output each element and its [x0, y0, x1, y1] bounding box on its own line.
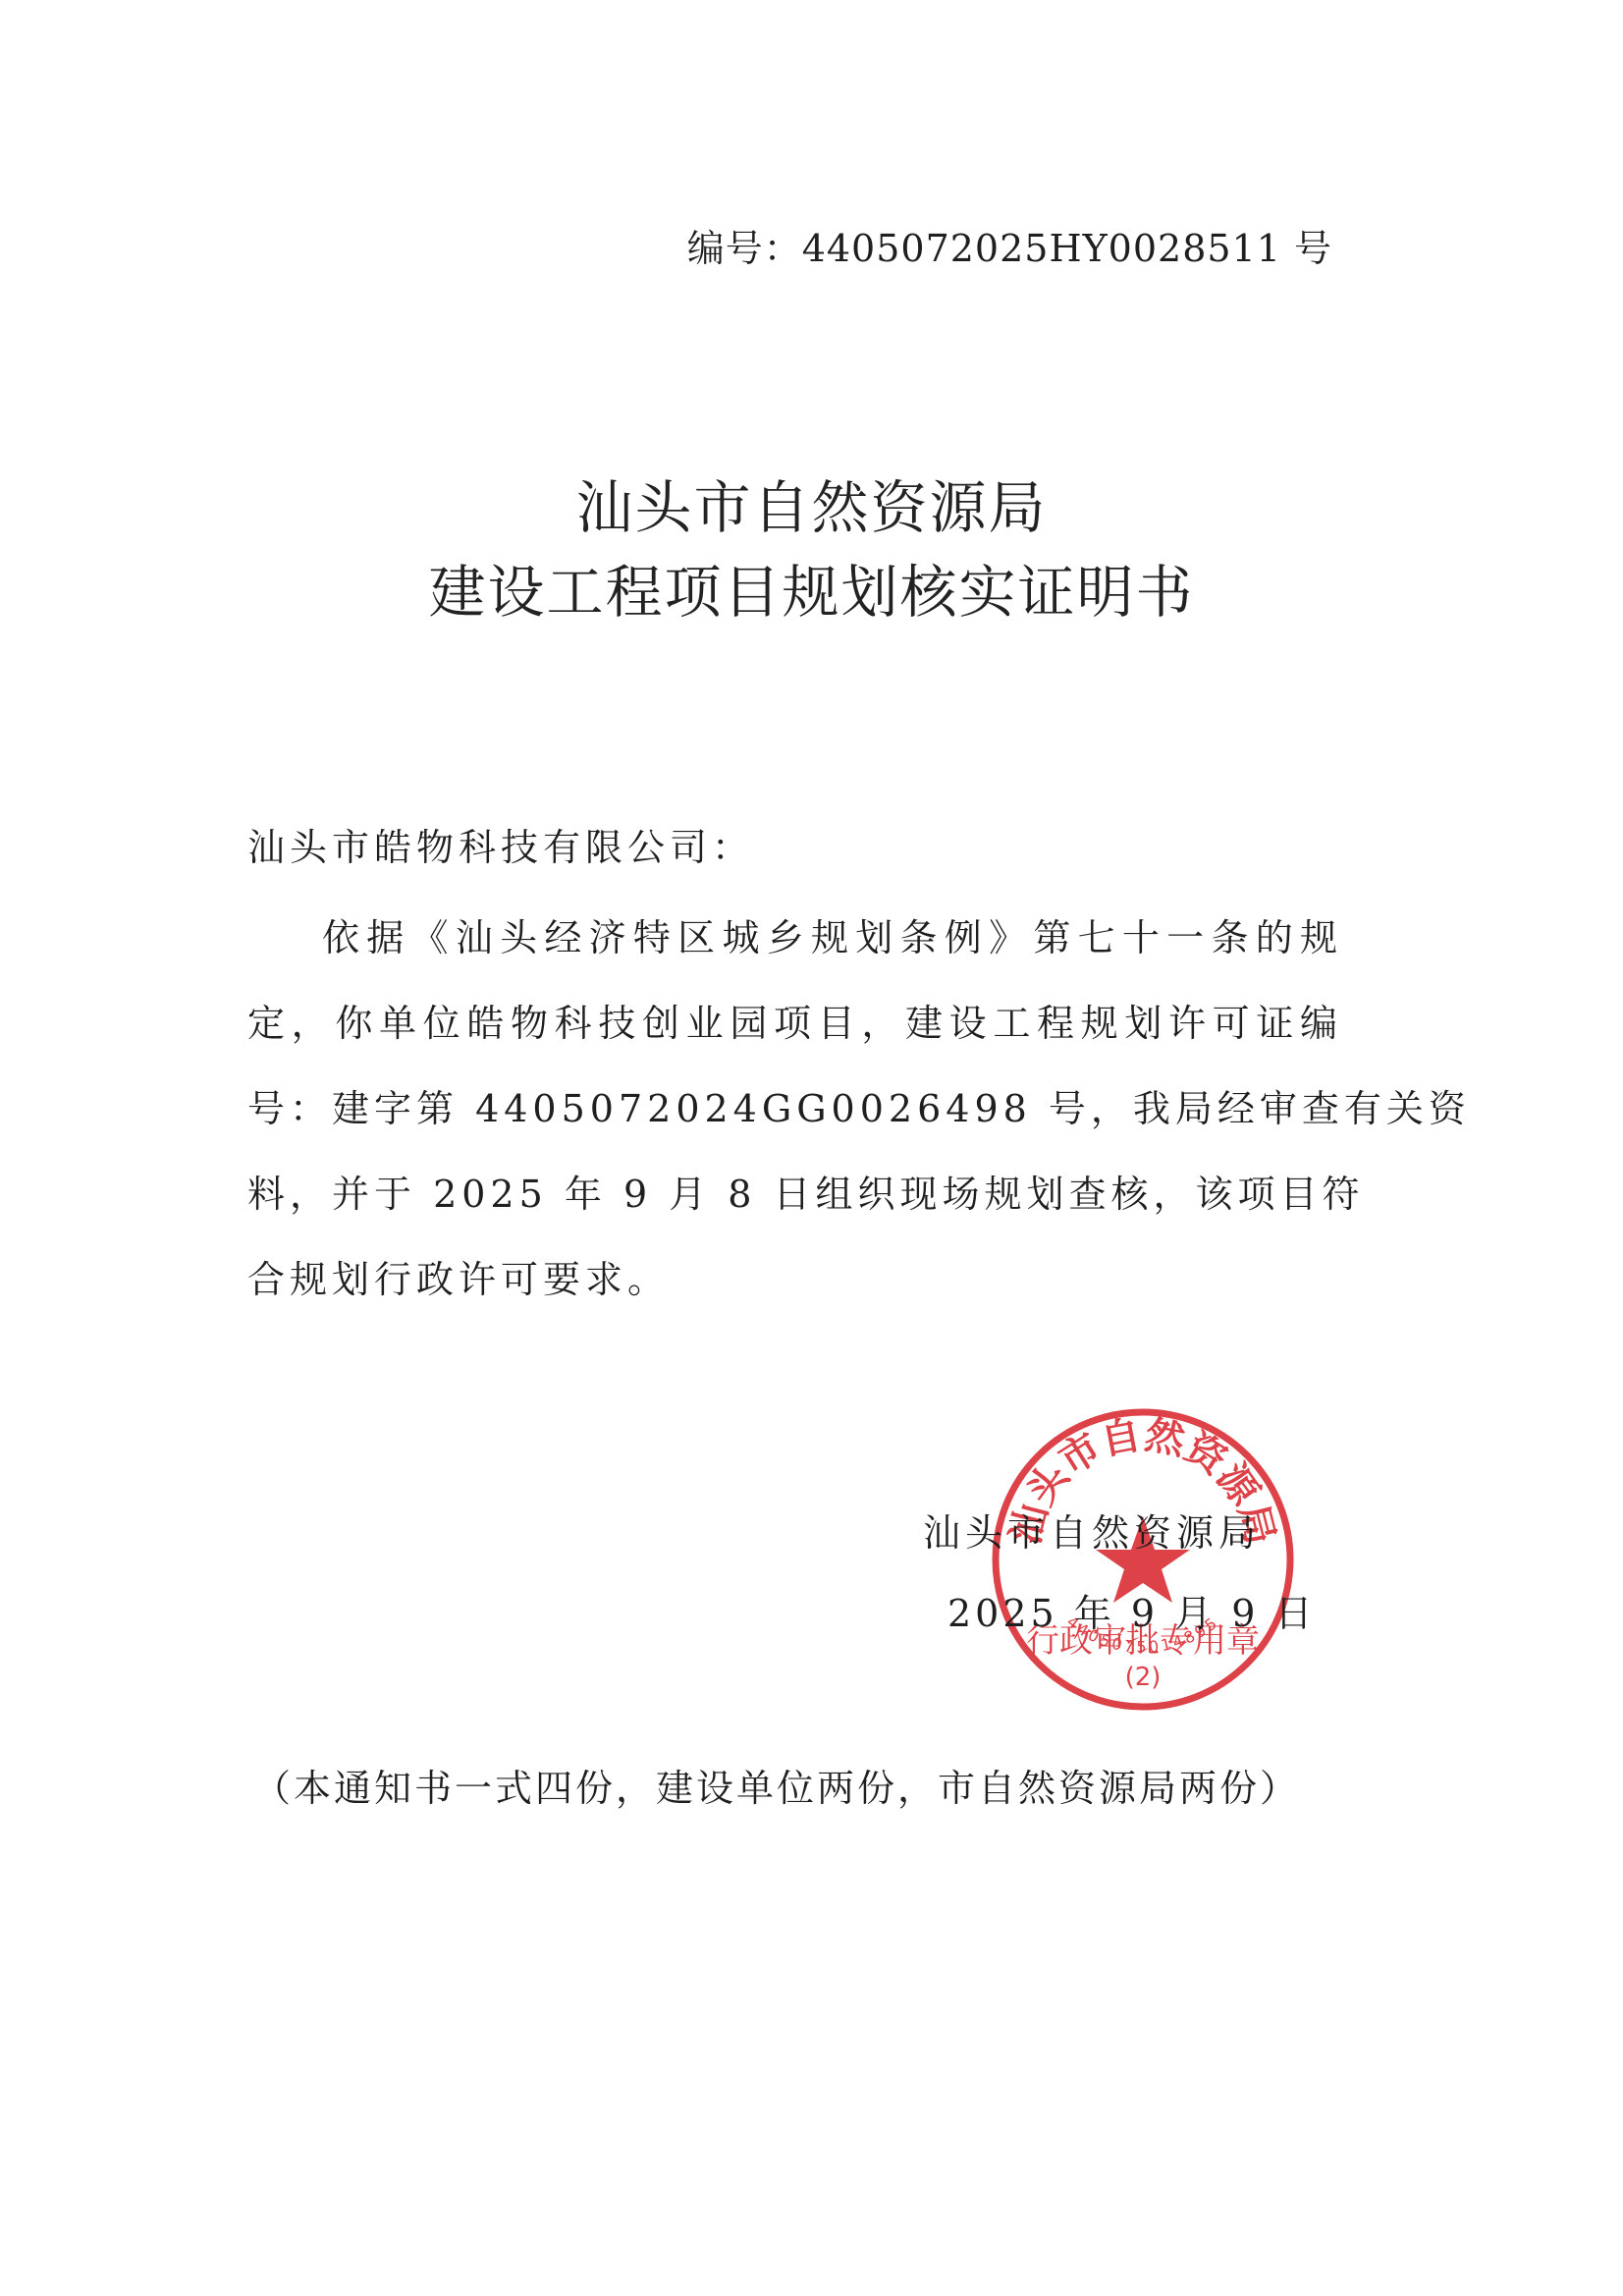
- body-line: 合规划行政许可要求。: [247, 1237, 1342, 1323]
- body-line: 依据《汕头经济特区城乡规划条例》第七十一条的规: [247, 896, 1342, 981]
- addressee: 汕头市皓物科技有限公司：: [247, 817, 754, 871]
- signature-organization: 汕头市自然资源局: [923, 1503, 1261, 1557]
- official-seal-icon: 汕头市自然资源局 行政审批专用章 (2) 4405075014895: [990, 1406, 1296, 1713]
- body-line: 料，并于 2025 年 9 月 8 日组织现场规划查核，该项目符: [247, 1152, 1342, 1237]
- signature-date: 2025 年 9 月 9 日: [947, 1583, 1316, 1637]
- body-line: 号：建字第 4405072024GG0026498 号，我局经审查有关资: [247, 1066, 1342, 1152]
- body-paragraph: 依据《汕头经济特区城乡规划条例》第七十一条的规 定，你单位皓物科技创业园项目，建…: [247, 896, 1342, 1323]
- seal-sub-text: (2): [1125, 1663, 1162, 1692]
- document-title: 建设工程项目规划核实证明书: [0, 546, 1623, 629]
- copies-note: （本通知书一式四份，建设单位两份，市自然资源局两份）: [253, 1758, 1300, 1812]
- body-line: 定，你单位皓物科技创业园项目，建设工程规划许可证编: [247, 981, 1342, 1066]
- issuing-authority-title: 汕头市自然资源局: [0, 462, 1623, 544]
- document-number: 编号：4405072025HY0028511 号: [687, 218, 1332, 272]
